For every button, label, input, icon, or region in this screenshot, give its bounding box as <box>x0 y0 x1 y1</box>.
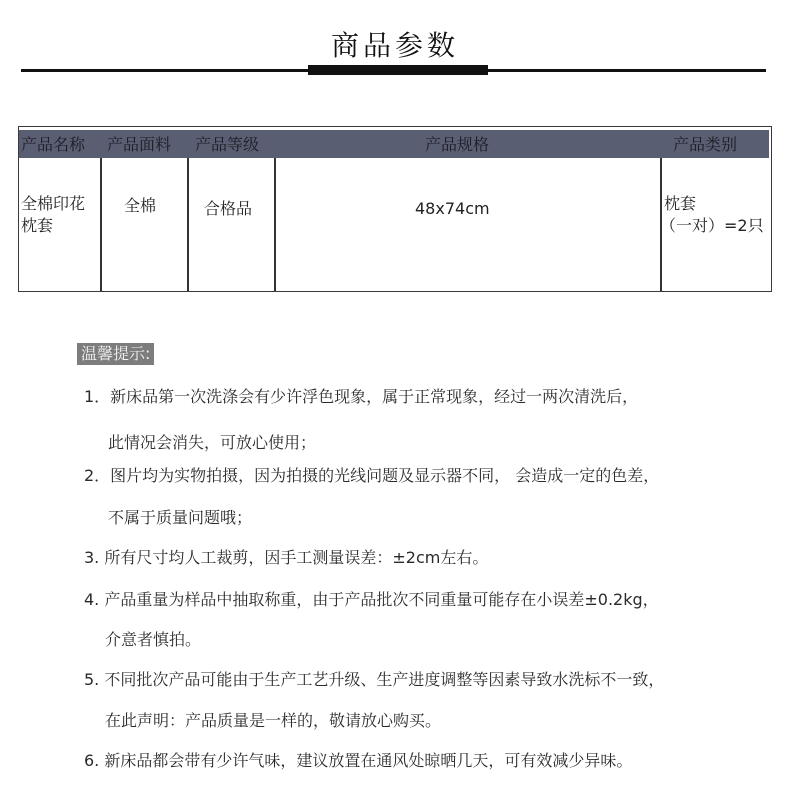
product-name-line2: 枕套 <box>21 215 85 237</box>
tips-label: 温馨提示: <box>77 343 154 365</box>
category-line1: 枕套 <box>664 193 764 215</box>
divider-accent <box>308 65 488 75</box>
column-divider <box>187 158 189 291</box>
header-name: 产品名称 <box>21 130 85 158</box>
column-divider <box>100 158 102 291</box>
tip-6-line1: 6. 新床品都会带有少许气味，建议放置在通风处晾晒几天，可有效减少异味。 <box>84 748 632 771</box>
cell-grade: 合格品 <box>204 198 252 220</box>
cell-size: 48x74cm <box>415 198 490 220</box>
table-header-row: 产品名称 产品面料 产品等级 产品规格 产品类别 <box>19 130 769 158</box>
header-size: 产品规格 <box>425 130 489 158</box>
column-divider <box>274 158 276 291</box>
tip-1-line2: 此情况会消失，可放心使用； <box>108 430 316 453</box>
cell-category: 枕套 （一对）=2只 <box>664 193 764 237</box>
tip-4-line1: 4. 产品重量为样品中抽取称重，由于产品批次不同重量可能存在小误差±0.2kg， <box>84 587 659 610</box>
cell-product-name: 全棉印花 枕套 <box>21 193 85 237</box>
tip-2-line1: 2．图片均为实物拍摄，因为拍摄的光线问题及显示器不同， 会造成一定的色差， <box>84 463 659 486</box>
tip-2-line2: 不属于质量问题哦； <box>108 505 252 528</box>
header-grade: 产品等级 <box>195 130 259 158</box>
tip-4-line2: 介意者慎拍。 <box>105 627 201 650</box>
tip-3-line1: 3. 所有尺寸均人工裁剪，因手工测量误差：±2cm左右。 <box>84 545 488 568</box>
tip-5-line1: 5. 不同批次产品可能由于生产工艺升级、生产进度调整等因素导致水洗标不一致， <box>84 667 664 690</box>
cell-fabric: 全棉 <box>124 195 156 217</box>
category-line2: （一对）=2只 <box>660 215 764 237</box>
header-category: 产品类别 <box>673 130 737 158</box>
header-fabric: 产品面料 <box>107 130 171 158</box>
tip-1-line1: 1．新床品第一次洗涤会有少许浮色现象，属于正常现象，经过一两次清洗后， <box>84 384 638 407</box>
page-title: 商品参数 <box>0 24 790 64</box>
product-name-line1: 全棉印花 <box>21 193 85 215</box>
tip-5-line2: 在此声明：产品质量是一样的，敬请放心购买。 <box>105 708 441 731</box>
spec-table: 产品名称 产品面料 产品等级 产品规格 产品类别 全棉印花 枕套 全棉 合格品 … <box>18 126 772 292</box>
